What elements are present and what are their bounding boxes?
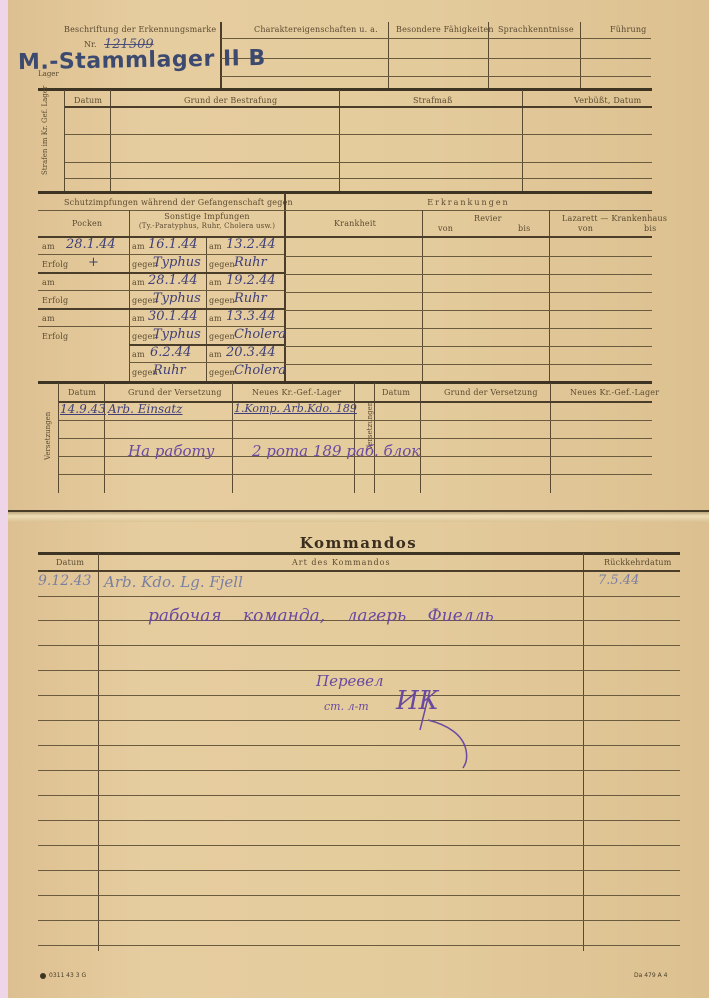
gegen-label: gegen [209, 260, 235, 269]
transfer-camp-ru: 2 рота 189 раб. блок [252, 442, 420, 460]
vacc-col-sonstige-sub: (Ty.-Paratyphus, Ruhr, Cholera usw.) [130, 222, 284, 230]
illness-title: Erkrankungen [285, 198, 652, 207]
divider [580, 22, 581, 88]
row-label-am: am [42, 278, 55, 287]
divider [488, 22, 489, 88]
document-page: Beschriftung der Erkennungsmarke Charakt… [8, 0, 709, 998]
signature-flourish [408, 690, 478, 770]
revier-bis: bis [518, 224, 530, 233]
vacc-date: 13.3.44 [226, 309, 276, 324]
pocken-date: 28.1.44 [66, 237, 116, 252]
vacc-against: Typhus [153, 327, 201, 342]
am-label: am [209, 350, 222, 359]
transfer-col-lager-2: Neues Kr.-Gef.-Lager [570, 388, 659, 397]
transfer-col-lager: Neues Kr.-Gef.-Lager [252, 388, 341, 397]
divider [388, 22, 389, 88]
transfer-camp: 1.Komp. Arb.Kdo. 189 [234, 402, 357, 415]
translator-rank: ст. л-т [324, 700, 369, 713]
transfer-reason-ru: На работу [128, 442, 214, 460]
gegen-label: gegen [209, 296, 235, 305]
form-number: Da 479 A 4 [634, 972, 667, 979]
vacc-against: Typhus [153, 291, 201, 306]
scan-edge [0, 0, 8, 998]
paper-fold [8, 512, 709, 522]
label-fuehrung: Führung [610, 25, 647, 34]
am-label: am [132, 314, 145, 323]
kdo-return-date: 7.5.44 [598, 573, 639, 588]
translator-note: Перевел [316, 672, 384, 690]
vacc-date: 19.2.44 [226, 273, 276, 288]
pocken-result: + [88, 255, 99, 270]
kdo-type: Arb. Kdo. Lg. Fjell [104, 573, 243, 591]
row-label-am: am [42, 242, 55, 251]
vacc-date: 13.2.44 [226, 237, 276, 252]
revier-von: von [438, 224, 453, 233]
punish-col-datum: Datum [74, 96, 102, 105]
row-label-erfolg: Erfolg [42, 332, 68, 341]
transfer-col-datum-2: Datum [382, 388, 410, 397]
kdo-date: 9.12.43 [38, 573, 91, 589]
row-label-am: am [42, 314, 55, 323]
transfer-col-grund-2: Grund der Versetzung [444, 388, 538, 397]
kommandos-title: Kommandos [8, 534, 709, 552]
footer-left: 0311 43 3 G [40, 972, 86, 979]
punish-col-verbuesst: Verbüßt, Datum [574, 96, 641, 105]
vacc-against: Cholera [234, 363, 286, 378]
label-charakter: Charaktereigenschaften u. a. [254, 25, 378, 34]
punish-col-strafmass: Strafmaß [413, 96, 453, 105]
kdo-col-rueckkehr: Rückkehrdatum [604, 558, 672, 567]
illness-col-revier: Revier [474, 214, 502, 223]
am-label: am [209, 314, 222, 323]
transfers-side-label: Versetzungen [44, 412, 52, 460]
vacc-against: Typhus [153, 255, 201, 270]
row-label-erfolg: Erfolg [42, 260, 68, 269]
am-label: am [209, 278, 222, 287]
transfer-reason: Arb. Einsatz [108, 402, 183, 416]
transfer-col-grund: Grund der Versetzung [128, 388, 222, 397]
punishments-side-label: Strafen im Kr. Gef. Lager [41, 86, 49, 175]
vacc-against: Ruhr [153, 363, 186, 378]
am-label: am [132, 278, 145, 287]
printer-mark-icon [40, 973, 46, 979]
label-faehigkeiten: Besondere Fähigkeiten [396, 25, 494, 34]
gegen-label: gegen [209, 368, 235, 377]
transfer-date: 14.9.43 [60, 402, 106, 416]
lazarett-von: von [578, 224, 593, 233]
print-code: 0311 43 3 G [49, 972, 86, 979]
vacc-against: Cholera [234, 327, 286, 342]
transfer-col-datum: Datum [68, 388, 96, 397]
am-label: am [209, 242, 222, 251]
vacc-col-pocken: Pocken [72, 219, 102, 228]
stamp-camp: Stammlager II B [59, 46, 266, 75]
am-label: am [132, 350, 145, 359]
row-label-erfolg: Erfolg [42, 296, 68, 305]
lager-label: Lager [38, 70, 59, 78]
vacc-date: 16.1.44 [148, 237, 198, 252]
nr-label: Nr. [84, 40, 97, 49]
vacc-title: Schutzimpfungen während der Gefangenscha… [64, 198, 293, 207]
vacc-date: 6.2.44 [150, 345, 191, 360]
gegen-label: gegen [209, 332, 235, 341]
lazarett-bis: bis [644, 224, 656, 233]
vacc-col-sonstige: Sonstige Impfungen [130, 212, 284, 221]
illness-col-lazarett: Lazarett — Krankenhaus [562, 214, 667, 223]
punish-col-grund: Grund der Bestrafung [184, 96, 277, 105]
vacc-date: 30.1.44 [148, 309, 198, 324]
label-sprachkenntnisse: Sprachkenntnisse [498, 25, 574, 34]
vacc-date: 20.3.44 [226, 345, 276, 360]
kdo-col-art: Art des Kommandos [292, 558, 391, 567]
vacc-date: 28.1.44 [148, 273, 198, 288]
kdo-col-datum: Datum [56, 558, 84, 567]
kdo-type-ru: рабочая команда, лагерь Фиелль [148, 606, 494, 626]
illness-col-krankheit: Krankheit [334, 219, 376, 228]
vacc-against: Ruhr [234, 291, 267, 306]
label-erkennungsmarke: Beschriftung der Erkennungsmarke [64, 25, 216, 34]
vacc-against: Ruhr [234, 255, 267, 270]
am-label: am [132, 242, 145, 251]
